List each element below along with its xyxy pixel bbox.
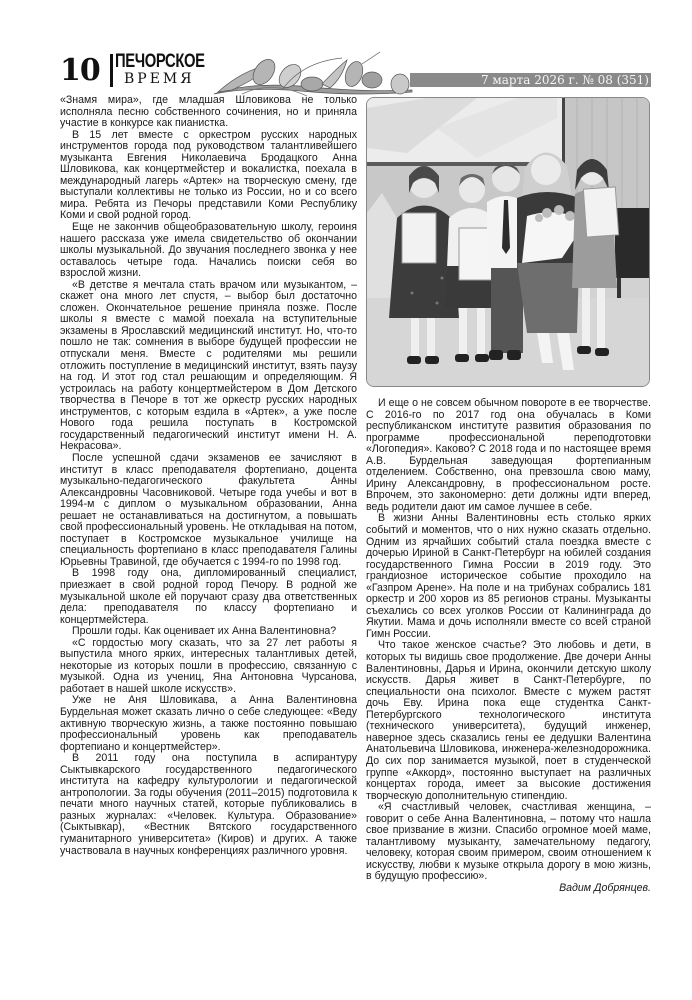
article-paragraph: Прошли годы. Как оценивает их Анна Вален… [60, 626, 357, 638]
tulips-decoration-icon [212, 50, 417, 98]
article-paragraph: После успешной сдачи экзаменов ее зачисл… [60, 453, 357, 568]
article-paragraph: В 1998 году она, дипломированный специал… [60, 568, 357, 626]
article-paragraph: «В детстве я мечтала стать врачом или му… [60, 280, 357, 453]
newspaper-page: 10 ПЕЧОРСКОЕ ВРЕМЯ 7 марта 2026 г [0, 0, 692, 1000]
article-paragraph: В 15 лет вместе с оркестром русских наро… [60, 130, 357, 222]
article-paragraph: «Знамя мира», где младшая Шловикова не т… [60, 95, 357, 130]
masthead-rule [110, 54, 113, 87]
article-paragraph: «Я счастливый человек, счастливая женщин… [366, 802, 651, 883]
issue-date: 7 марта 2026 г. № 08 (351) [481, 72, 649, 88]
article-photo [366, 97, 650, 387]
masthead-title-line2: ВРЕМЯ [124, 71, 195, 87]
article-right-column: И еще о не совсем обычном повороте в ее … [366, 398, 651, 895]
masthead-title-line1: ПЕЧОРСКОЕ [115, 52, 205, 72]
article-paragraph: В 2011 году она поступила в аспирантуру … [60, 753, 357, 857]
issue-date-bar: 7 марта 2026 г. № 08 (351) [410, 73, 651, 87]
article-left-column: «Знамя мира», где младшая Шловикова не т… [60, 95, 357, 857]
article-author: Вадим Добрянцев. [366, 883, 651, 895]
article-paragraph: Еще не закончив общеобразовательную школ… [60, 222, 357, 280]
newspaper-masthead: ПЕЧОРСКОЕ ВРЕМЯ [110, 52, 210, 92]
article-paragraph: И еще о не совсем обычном повороте в ее … [366, 398, 651, 513]
article-paragraph: Что такое женское счастье? Это любовь и … [366, 640, 651, 802]
article-paragraph: «С гордостью могу сказать, что за 27 лет… [60, 638, 357, 696]
article-paragraph: Уже не Аня Шловикава, а Анна Валентиновн… [60, 695, 357, 753]
article-paragraph: В жизни Анны Валентиновны есть столько я… [366, 513, 651, 640]
page-number: 10 [60, 54, 100, 88]
